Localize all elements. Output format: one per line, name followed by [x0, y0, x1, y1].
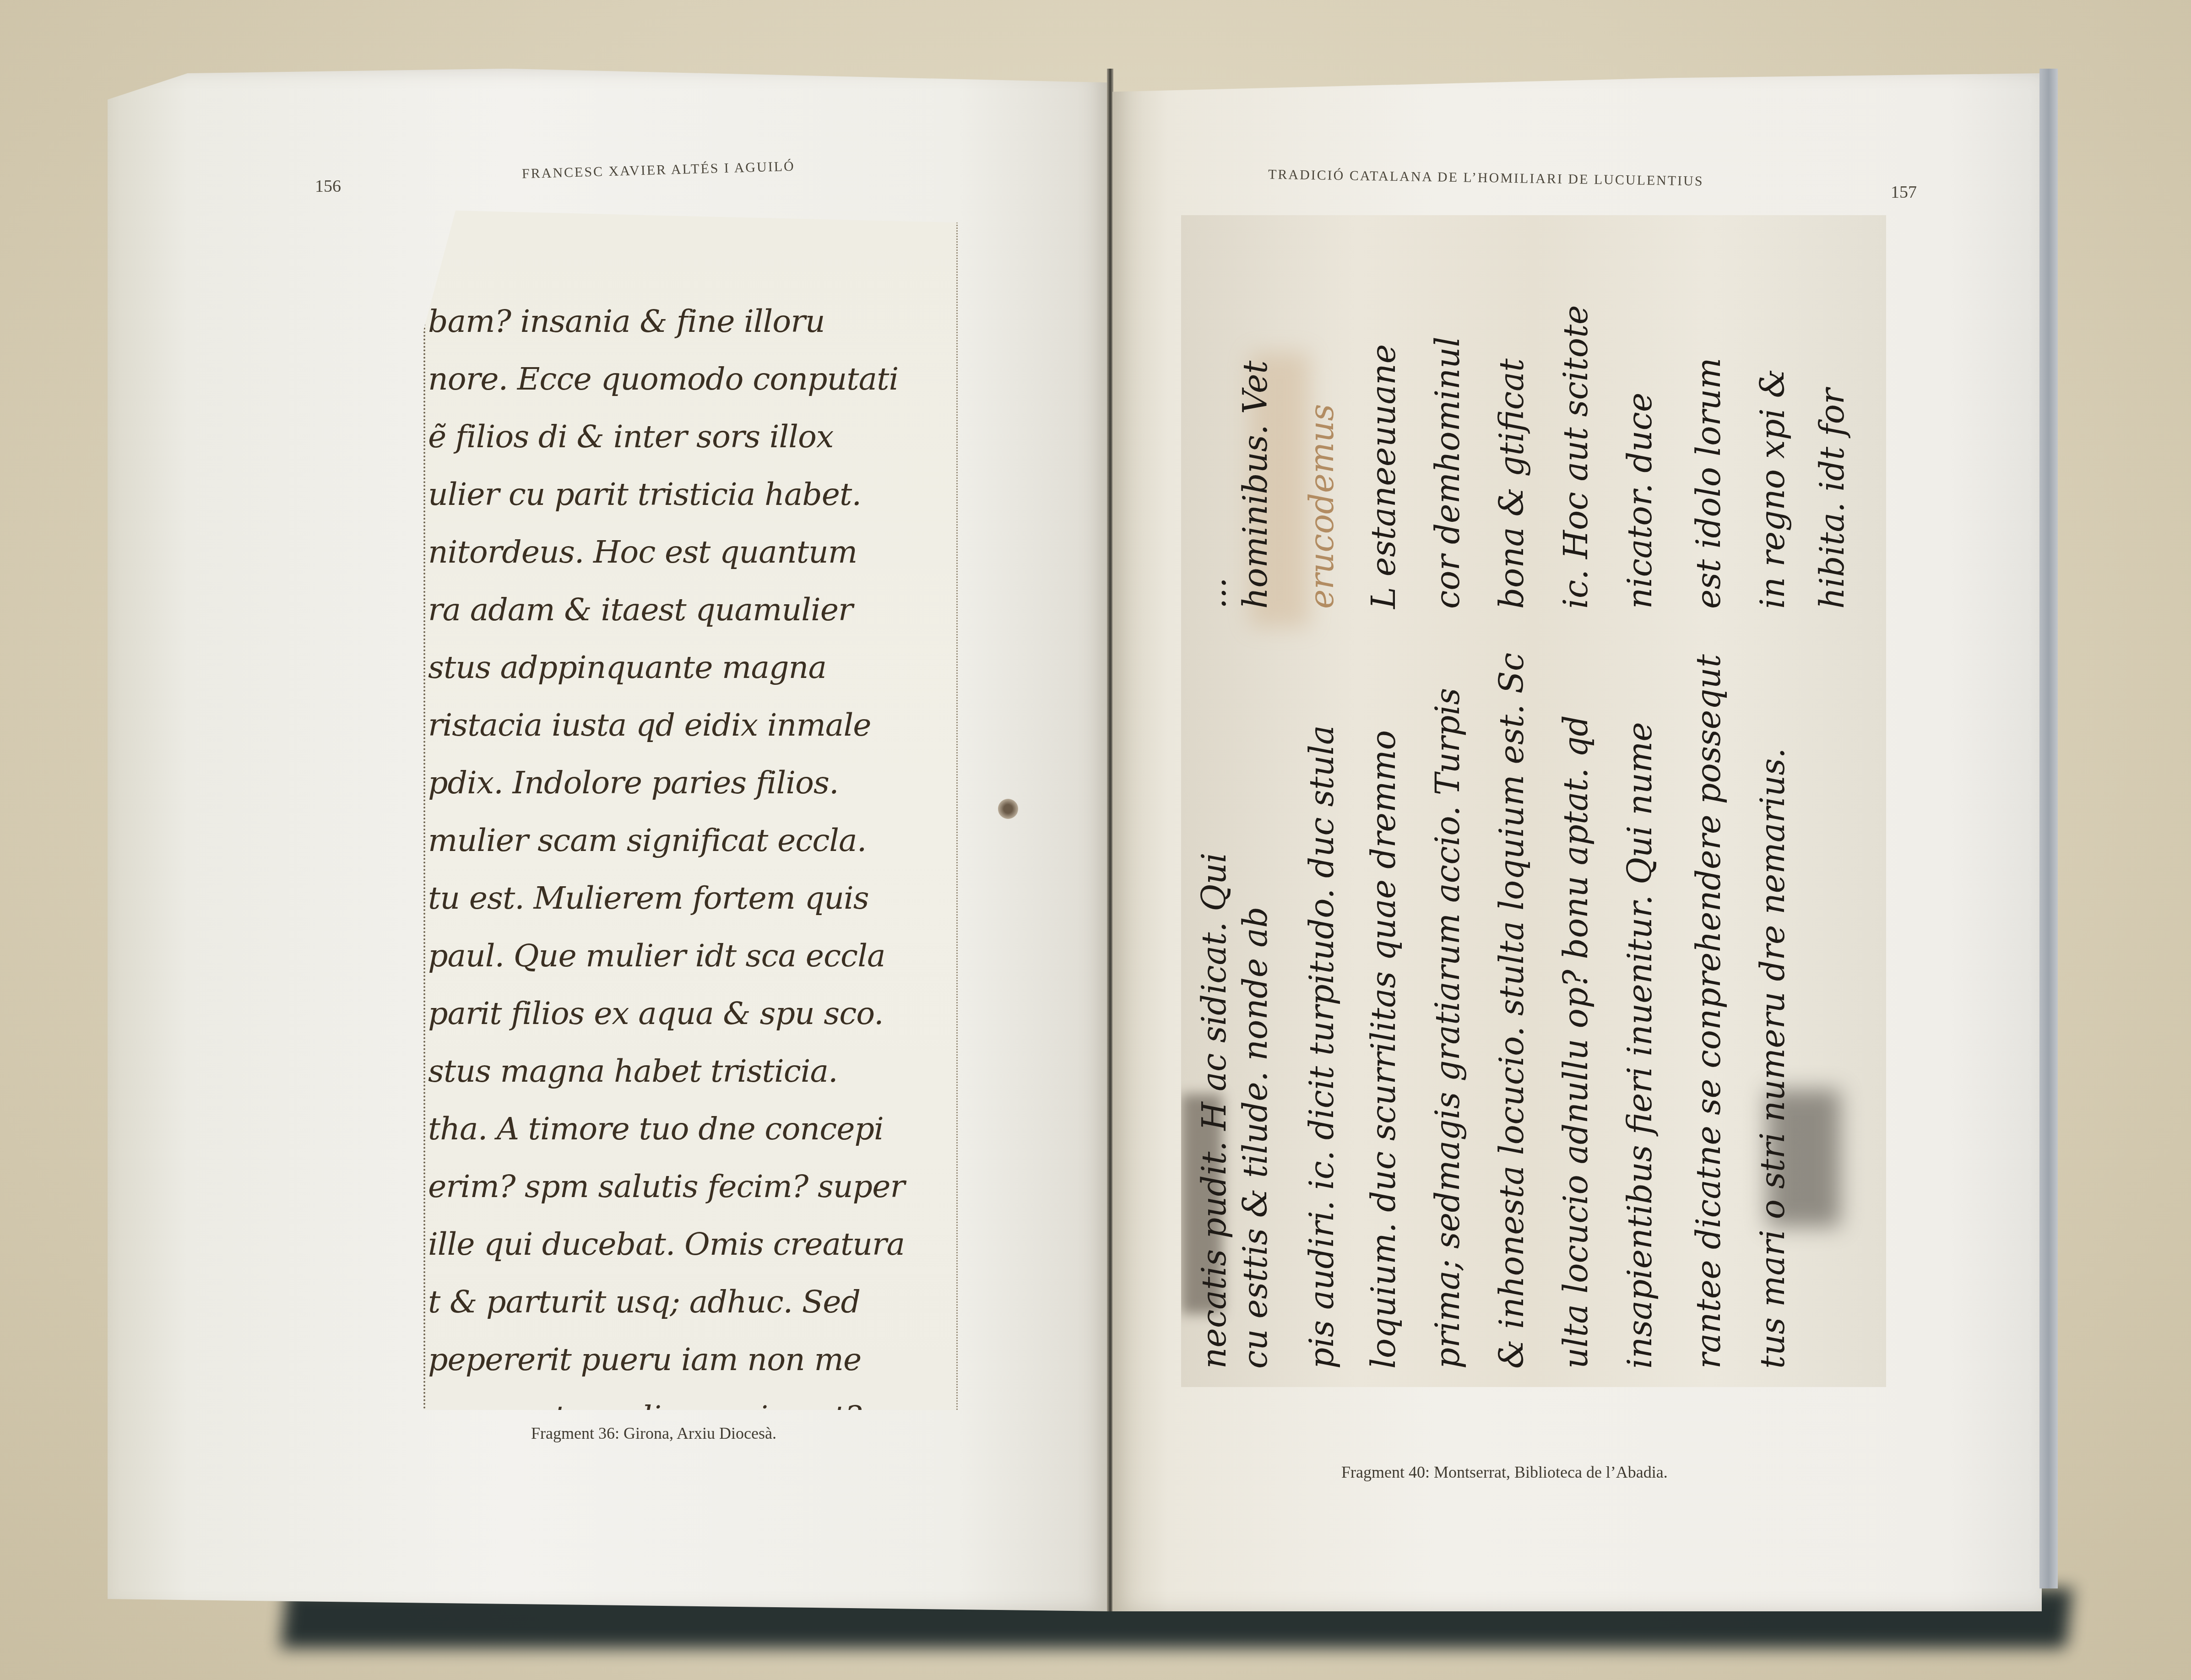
manuscript-column: nicator. duce insapientibus fieri inueni… [1621, 215, 1666, 1387]
manuscript-line-top: bona & gtificat [1492, 358, 1531, 609]
manuscript-line: ristacia iusta qd eidix inmale [425, 697, 956, 754]
manuscript-line-top: ic. Hoc aut scitote [1556, 305, 1595, 609]
manuscript-line: bam? insania & fine illoru [425, 293, 956, 351]
manuscript-line: t & parturit usq; adhuc. Sed [425, 1274, 956, 1331]
manuscript-line-top: cor demhominul [1428, 336, 1467, 609]
manuscript-line-bottom: loquium. duc scurrilitas quae dremmo [1364, 730, 1403, 1369]
manuscript-line-top: nicator. duce [1621, 392, 1659, 609]
manuscript-line-top: erucodemus [1302, 404, 1341, 609]
manuscript-line: pepererit pueru iam non me [425, 1331, 956, 1389]
manuscript-column: bona & gtificat & inhonesta locucio. stu… [1492, 215, 1538, 1387]
manuscript-line: tu est. Mulierem fortem quis [425, 870, 956, 927]
manuscript-column: cor demhominul prima; sedmagis gratiarum… [1428, 215, 1474, 1387]
manuscript-column: ic. Hoc aut scitote ulta locucio adnullu… [1556, 215, 1602, 1387]
manuscript-line-bottom: insapientibus fieri inuenitur. Qui nume [1621, 722, 1659, 1369]
ink-stain-mark [998, 799, 1018, 819]
manuscript-line-bottom: ulta locucio adnullu op? bonu aptat. qd [1556, 715, 1595, 1369]
manuscript-line: tha. A timore tuo dne concepi [425, 1100, 956, 1158]
manuscript-line-bottom: tus mari o stri numeru dre nemarius. [1753, 748, 1792, 1369]
manuscript-column: erucodemus pis audiri. ic. dicit turpitu… [1302, 215, 1348, 1387]
right-page-number: 157 [1891, 182, 1917, 202]
fragment-36-image: bam? insania & fine illoru nore. Ecce qu… [423, 211, 958, 1410]
manuscript-line-bottom: cu esttis & tilude. nonde ab [1236, 907, 1274, 1369]
manuscript-line: stus adppinquante magna [425, 639, 956, 697]
manuscript-line-top: hibita. idt for [1813, 389, 1851, 609]
manuscript-line: sura, ppt gaudium quia nat? [425, 1389, 956, 1410]
page-block-edge [2039, 69, 2058, 1588]
manuscript-line: pdix. Indolore paries filios. [425, 754, 956, 812]
manuscript-line-top: L estaneeuuane [1364, 344, 1403, 609]
manuscript-line-top: in regno xpi & [1753, 369, 1792, 609]
manuscript-line: ra adam & itaest quamulier [425, 581, 956, 639]
manuscript-line: ẽ filios di & inter sors illox [425, 408, 956, 466]
manuscript-line-bottom: prima; sedmagis gratiarum accio. Turpis [1428, 688, 1467, 1369]
manuscript-line: ulier cu parit tristicia habet. [425, 466, 956, 524]
book-gutter [1107, 69, 1113, 1611]
manuscript-line-bottom: necatis pudit. H ac sidicat. Qui [1195, 852, 1233, 1369]
manuscript-line-top: est idolo lorum [1689, 358, 1728, 609]
manuscript-line: paul. Que mulier idt sca eccla [425, 927, 956, 985]
manuscript-column: ... necatis pudit. H ac sidicat. Qui [1195, 215, 1241, 1387]
right-figure-caption: Fragment 40: Montserrat, Biblioteca de l… [1341, 1463, 1668, 1482]
fragment-40-image: ... necatis pudit. H ac sidicat. Qui hom… [1181, 215, 1886, 1387]
manuscript-column: in regno xpi & tus mari o stri numeru dr… [1753, 215, 1799, 1387]
manuscript-line-bottom: rantee dicatne se conprehendere possequt [1689, 654, 1728, 1369]
manuscript-line: nitordeus. Hoc est quantum [425, 524, 956, 581]
manuscript-column: L estaneeuuane loquium. duc scurrilitas … [1364, 215, 1410, 1387]
manuscript-line-bottom: pis audiri. ic. dicit turpitudo. duc stu… [1302, 725, 1341, 1369]
manuscript-line: mulier scam significat eccla. [425, 812, 956, 870]
manuscript-column: hibita. idt for [1813, 215, 1859, 1387]
manuscript-line: erim? spm salutis fecim? super [425, 1158, 956, 1216]
manuscript-line: ille qui ducebat. Omis creatura [425, 1216, 956, 1274]
manuscript-column: hominibus. Vet cu esttis & tilude. nonde… [1236, 215, 1282, 1387]
manuscript-line-top: hominibus. Vet [1236, 360, 1274, 609]
manuscript-line: parit filios ex aqua & spu sco. [425, 985, 956, 1043]
manuscript-line: stus magna habet tristicia. [425, 1043, 956, 1100]
manuscript-line-top: ... [1195, 577, 1233, 609]
left-page-number: 156 [315, 176, 341, 196]
left-figure-caption: Fragment 36: Girona, Arxiu Diocesà. [531, 1424, 776, 1443]
manuscript-line-bottom: & inhonesta locucio. stulta loquium est.… [1492, 653, 1531, 1369]
manuscript-column: est idolo lorum rantee dicatne se conpre… [1689, 215, 1735, 1387]
manuscript-line: nore. Ecce quomodo conputati [425, 351, 956, 408]
open-book: 156 Francesc Xavier Altés i Aguiló bam? … [0, 0, 2191, 1680]
